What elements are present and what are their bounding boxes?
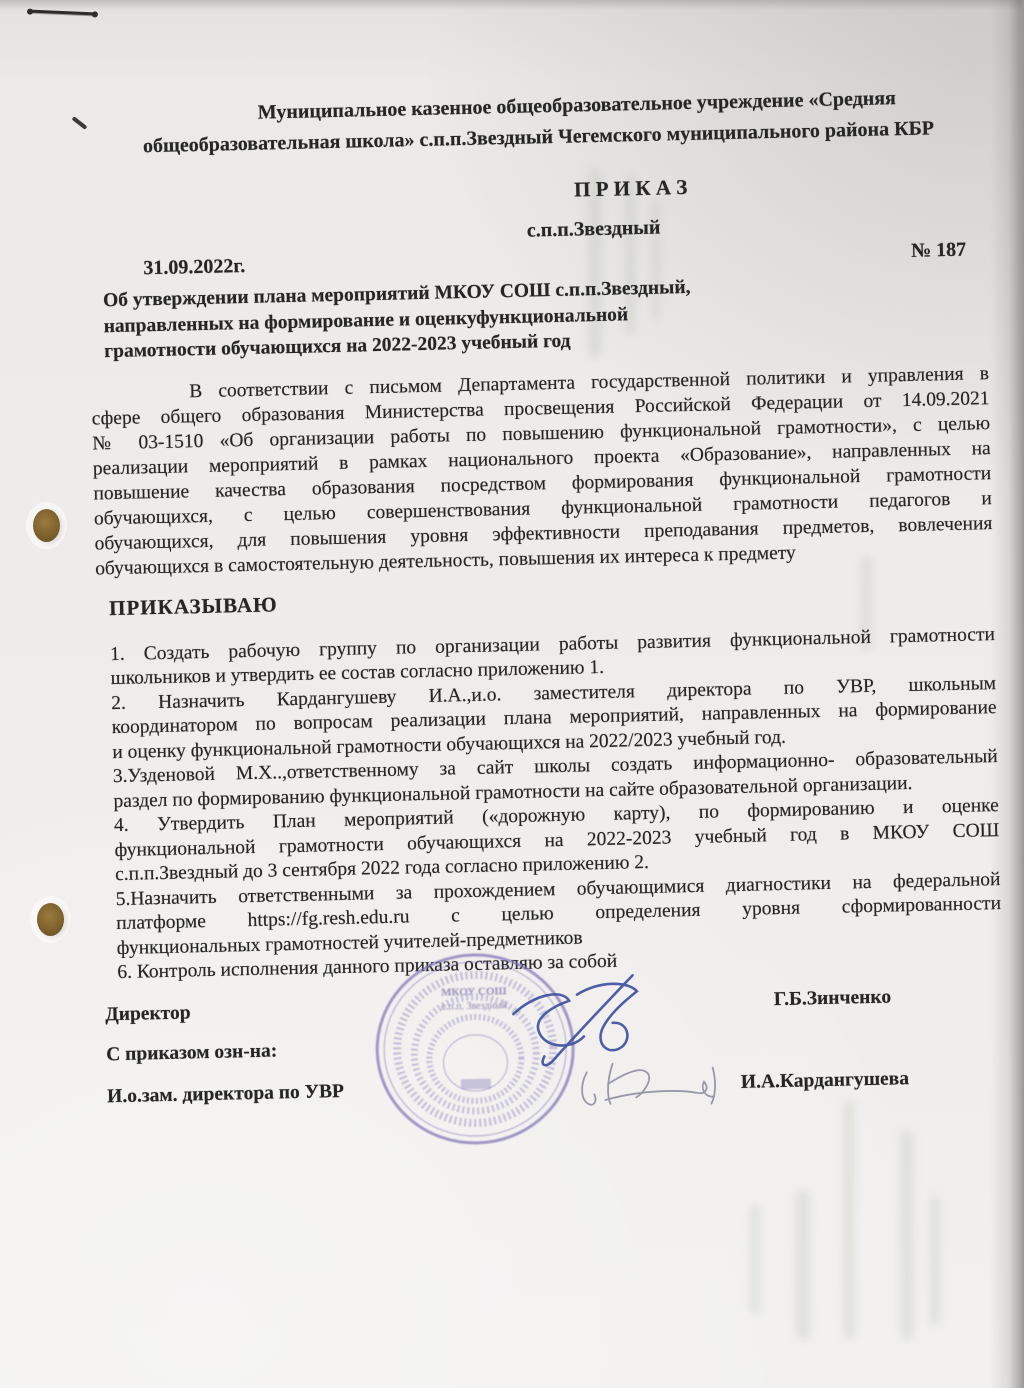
intro-paragraph: В соответствии с письмом Департамента го… xyxy=(91,361,993,581)
order-number: № 187 xyxy=(911,237,967,264)
page-edge-shadow-right xyxy=(990,0,1024,1388)
director-label: Директор xyxy=(105,1000,191,1028)
bleed-through-smudge xyxy=(843,1100,855,1340)
hole-punch-top xyxy=(33,509,60,542)
ack-label: С приказом озн-на: xyxy=(106,1038,278,1068)
bleed-through-smudge xyxy=(900,1130,914,1340)
hole-punch-bottom xyxy=(37,903,64,936)
order-heading: ПРИКАЗЫВАЮ xyxy=(109,573,994,623)
org-name: Муниципальное казенное общеобразовательн… xyxy=(85,81,984,163)
deputy-name: И.А.Кардангушева xyxy=(741,1066,910,1096)
deputy-signature xyxy=(576,1051,727,1114)
deputy-label: И.о.зам. директора по УВР xyxy=(107,1078,344,1109)
scanned-order-page: Муниципальное казенное общеобразовательн… xyxy=(0,0,1024,1388)
bleed-through-smudge xyxy=(795,1190,811,1340)
bleed-through-smudge xyxy=(750,1205,760,1315)
order-date: 31.09.2022г. xyxy=(143,253,245,281)
director-name: Г.Б.Зинченко xyxy=(774,984,892,1013)
document-content: Муниципальное казенное общеобразовательн… xyxy=(0,0,1024,1112)
bleed-through-smudge xyxy=(930,1195,940,1325)
order-items: 1. Создать рабочую группу по организации… xyxy=(110,623,1003,986)
doc-type-title: П Р И К А З xyxy=(181,163,1024,214)
order-subject: Об утверждении плана мероприятий МКОУ СО… xyxy=(103,268,989,365)
